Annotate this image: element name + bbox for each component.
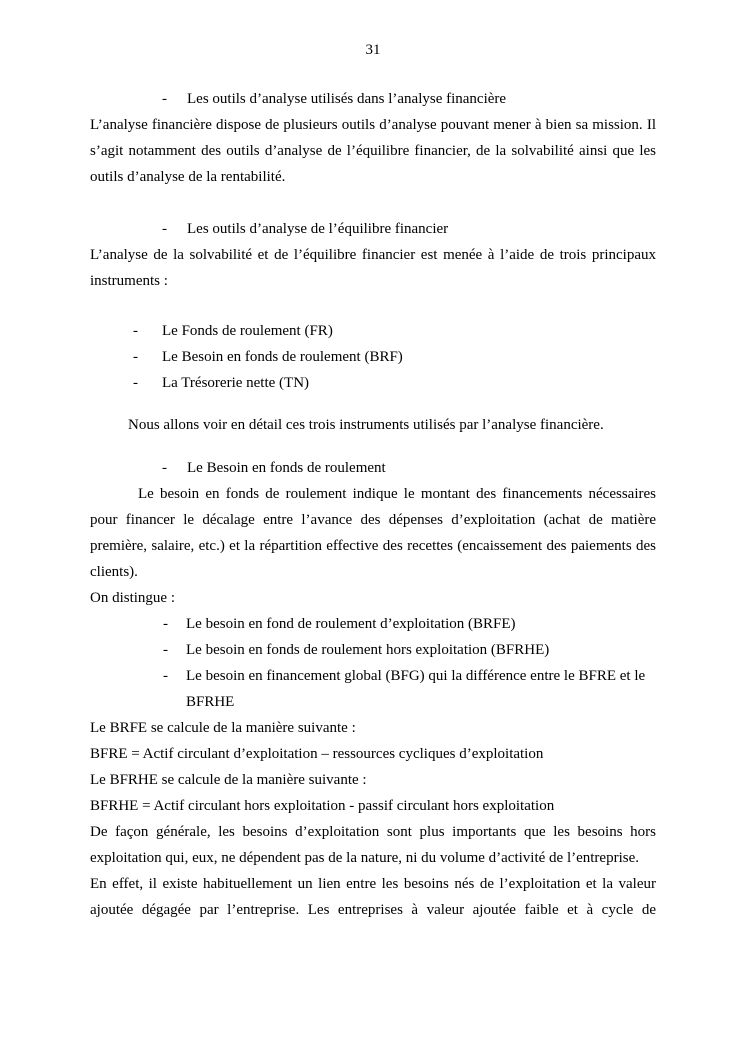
paragraph-value-added: En effet, il existe habituellement un li… bbox=[90, 871, 656, 923]
section-bullet-balance-tools: - Les outils d’analyse de l’équilibre fi… bbox=[162, 216, 656, 242]
bullet-dash: - bbox=[133, 318, 162, 344]
list-item-bfrhe: - Le besoin en fonds de roulement hors e… bbox=[163, 637, 656, 663]
paragraph-on-distingue: On distingue : bbox=[90, 585, 656, 611]
list-item-tn: - La Trésorerie nette (TN) bbox=[133, 370, 656, 396]
paragraph-brfe-intro: Le BRFE se calcule de la manière suivant… bbox=[90, 715, 656, 741]
list-item-text: Le Fonds de roulement (FR) bbox=[162, 318, 333, 344]
paragraph-instruments-detail: Nous allons voir en détail ces trois ins… bbox=[128, 412, 656, 438]
formula-bfrhe: BFRHE = Actif circulant hors exploitatio… bbox=[90, 793, 656, 819]
section-bullet-working-capital-need: - Le Besoin en fonds de roulement bbox=[162, 455, 656, 481]
bullet-dash: - bbox=[133, 370, 162, 396]
document-page: 31 - Les outils d’analyse utilisés dans … bbox=[0, 0, 745, 1053]
list-item-text: La Trésorerie nette (TN) bbox=[162, 370, 309, 396]
bullet-dash: - bbox=[162, 216, 187, 242]
bullet-dash: - bbox=[163, 611, 186, 637]
formula-bfre: BFRE = Actif circulant d’exploitation – … bbox=[90, 741, 656, 767]
bullet-dash: - bbox=[133, 344, 162, 370]
list-item-fr: - Le Fonds de roulement (FR) bbox=[133, 318, 656, 344]
section-bullet-analysis-tools: - Les outils d’analyse utilisés dans l’a… bbox=[162, 86, 656, 112]
section-heading-text: Les outils d’analyse utilisés dans l’ana… bbox=[187, 86, 506, 112]
list-item-text: Le besoin en fonds de roulement hors exp… bbox=[186, 637, 549, 663]
list-item-brfe: - Le besoin en fond de roulement d’explo… bbox=[163, 611, 656, 637]
bullet-dash: - bbox=[163, 637, 186, 663]
bullet-dash: - bbox=[162, 86, 187, 112]
section-heading-text: Le Besoin en fonds de roulement bbox=[187, 455, 386, 481]
bfr-type-list: - Le besoin en fond de roulement d’explo… bbox=[90, 611, 656, 715]
paragraph-bfrhe-intro: Le BFRHE se calcule de la manière suivan… bbox=[90, 767, 656, 793]
bullet-dash: - bbox=[162, 455, 187, 481]
instrument-list: - Le Fonds de roulement (FR) - Le Besoin… bbox=[90, 318, 656, 396]
paragraph-bfr-definition: Le besoin en fonds de roulement indique … bbox=[90, 481, 656, 585]
list-item-text: Le besoin en financement global (BFG) qu… bbox=[186, 663, 656, 715]
list-item-bfg: - Le besoin en financement global (BFG) … bbox=[163, 663, 656, 715]
page-content: 31 - Les outils d’analyse utilisés dans … bbox=[0, 0, 745, 923]
paragraph-solvency-instruments: L’analyse de la solvabilité et de l’équi… bbox=[90, 242, 656, 294]
section-heading-text: Les outils d’analyse de l’équilibre fina… bbox=[187, 216, 448, 242]
list-item-brf: - Le Besoin en fonds de roulement (BRF) bbox=[133, 344, 656, 370]
page-number: 31 bbox=[90, 40, 656, 60]
bullet-dash: - bbox=[163, 663, 186, 689]
list-item-text: Le Besoin en fonds de roulement (BRF) bbox=[162, 344, 403, 370]
paragraph-intro-tools: L’analyse financière dispose de plusieur… bbox=[90, 112, 656, 190]
list-item-text: Le besoin en fond de roulement d’exploit… bbox=[186, 611, 516, 637]
paragraph-general-needs: De façon générale, les besoins d’exploit… bbox=[90, 819, 656, 871]
